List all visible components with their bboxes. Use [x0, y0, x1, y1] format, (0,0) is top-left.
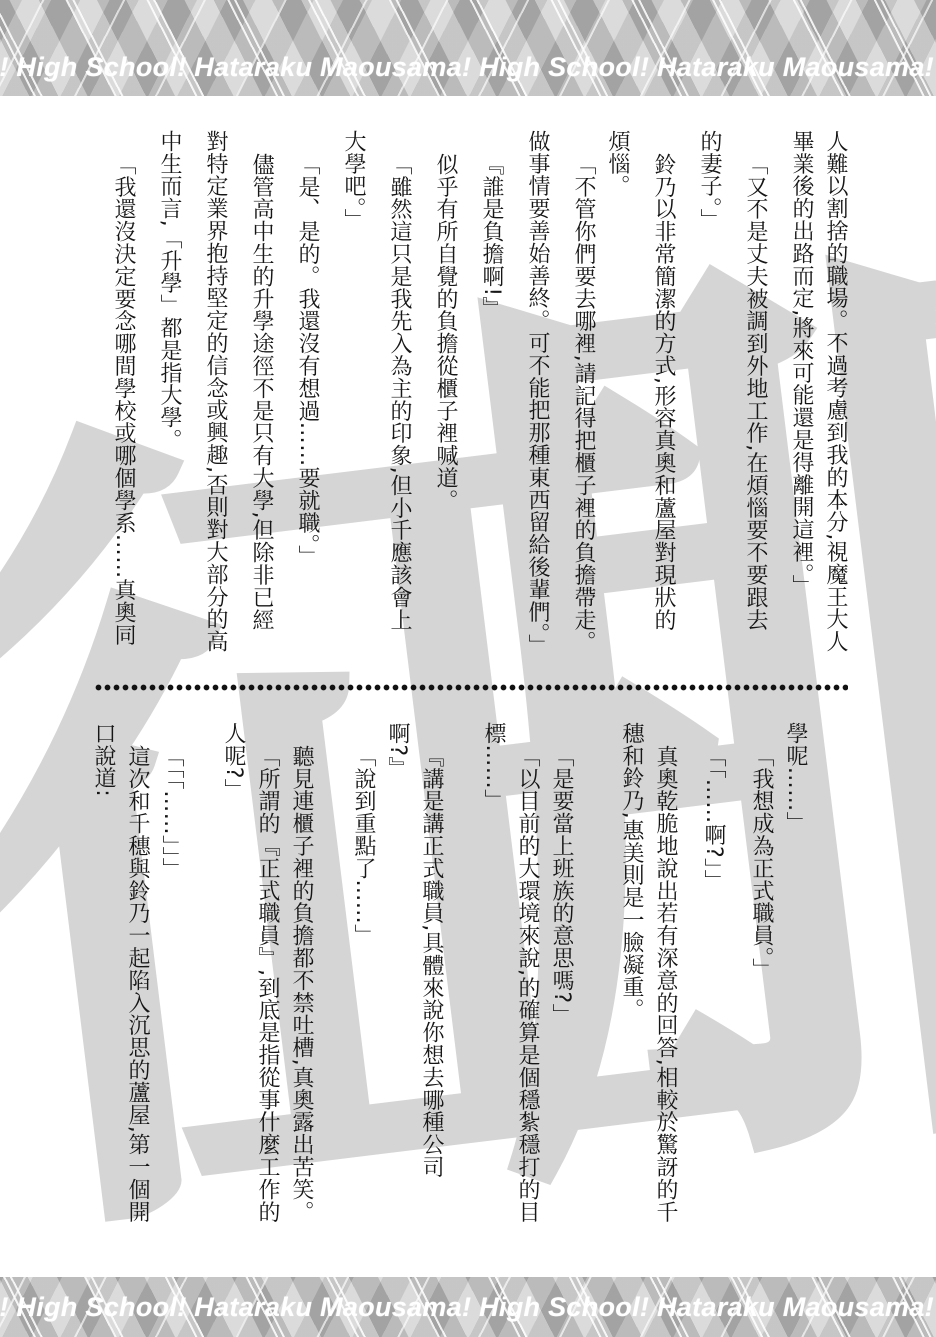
text-column: 人呢?」 [216, 722, 250, 1256]
text-column: 聽見連櫃子裡的負擔都不禁吐槽,真奧露出苦笑。 [284, 722, 318, 1256]
bottom-banner-logo-text: a! High School! Hataraku Maousama! High … [0, 1292, 936, 1323]
text-column: 「說到重點了……」 [346, 722, 380, 1256]
text-column: 啊?』 [380, 722, 414, 1256]
text-column: 真奧乾脆地說出若有深意的回答,相較於驚訝的千 [648, 722, 682, 1256]
text-column: 對特定業界抱持堅定的信念或興趣,否則對大部分的高 [198, 130, 232, 674]
page-top-text-block: 人難以割捨的職場。不過考慮到我的本分,視魔王大人畢業後的出路而定,將來可能還是得… [94, 130, 852, 674]
text-column: 標……」 [476, 722, 510, 1256]
text-column: 「我想成為正式職員。」 [744, 722, 778, 1256]
top-banner-logo-text: a! High School! Hataraku Maousama! High … [0, 52, 936, 83]
text-column: 「我還沒決定要念哪間學校或哪個學系……真奧同 [106, 130, 140, 674]
text-column: 「「……啊?」」 [696, 722, 730, 1256]
text-column: 「又不是丈夫被調到外地工作,在煩惱要不要跟去 [738, 130, 772, 674]
page-bottom-text-block: 學呢……」「我想成為正式職員。」「「……啊?」」真奧乾脆地說出若有深意的回答,相… [86, 722, 812, 1256]
bottom-plaid-banner: a! High School! Hataraku Maousama! High … [0, 1277, 936, 1337]
text-column: 鈴乃以非常簡潔的方式,形容真奧和蘆屋對現狀的 [646, 130, 680, 674]
text-column: 「不管你們要去哪裡,請記得把櫃子裡的負擔帶走。 [566, 130, 600, 674]
text-column: 「是、是的。我還沒有想過……要就職。」 [290, 130, 324, 674]
text-column: 學呢……」 [778, 722, 812, 1256]
section-divider-dotted [95, 684, 848, 691]
text-column: 畢業後的出路而定,將來可能還是得離開這裡。」 [784, 130, 818, 674]
text-column: 「是要當上班族的意思嗎?」 [544, 722, 578, 1256]
text-column: 穗和鈴乃,惠美則是一臉凝重。 [614, 722, 648, 1256]
text-column: 「雖然這只是我先入為主的印象,但小千應該會上 [382, 130, 416, 674]
text-column: 「以目前的大環境來說,的確算是個穩紮穩打的目 [510, 722, 544, 1256]
text-column: 口說道: [86, 722, 120, 1256]
top-plaid-banner: a! High School! Hataraku Maousama! High … [0, 0, 936, 96]
text-column: 似乎有所自覺的負擔從櫃子裡喊道。 [428, 130, 462, 674]
text-column: 『講是講正式職員,具體來說你想去哪種公司 [414, 722, 448, 1256]
novel-page: a! High School! Hataraku Maousama! High … [0, 0, 936, 1337]
text-column: 「「「……」」」 [154, 722, 188, 1256]
text-column: 「所謂的『正式職員』,到底是指從事什麼工作的 [250, 722, 284, 1256]
text-column: 這次和千穗與鈴乃一起陷入沉思的蘆屋,第一個開 [120, 722, 154, 1256]
text-column: 中生而言,「升學」都是指大學。 [152, 130, 186, 674]
text-column: 『誰是負擔啊!』 [474, 130, 508, 674]
text-column: 大學吧。」 [336, 130, 370, 674]
text-column: 煩惱。 [600, 130, 634, 674]
text-column: 人難以割捨的職場。不過考慮到我的本分,視魔王大人 [818, 130, 852, 674]
text-column: 的妻子。」 [692, 130, 726, 674]
text-column: 做事情要善始善終。可不能把那種東西留給後輩們。」 [520, 130, 554, 674]
text-column: 儘管高中生的升學途徑不是只有大學,但除非已經 [244, 130, 278, 674]
